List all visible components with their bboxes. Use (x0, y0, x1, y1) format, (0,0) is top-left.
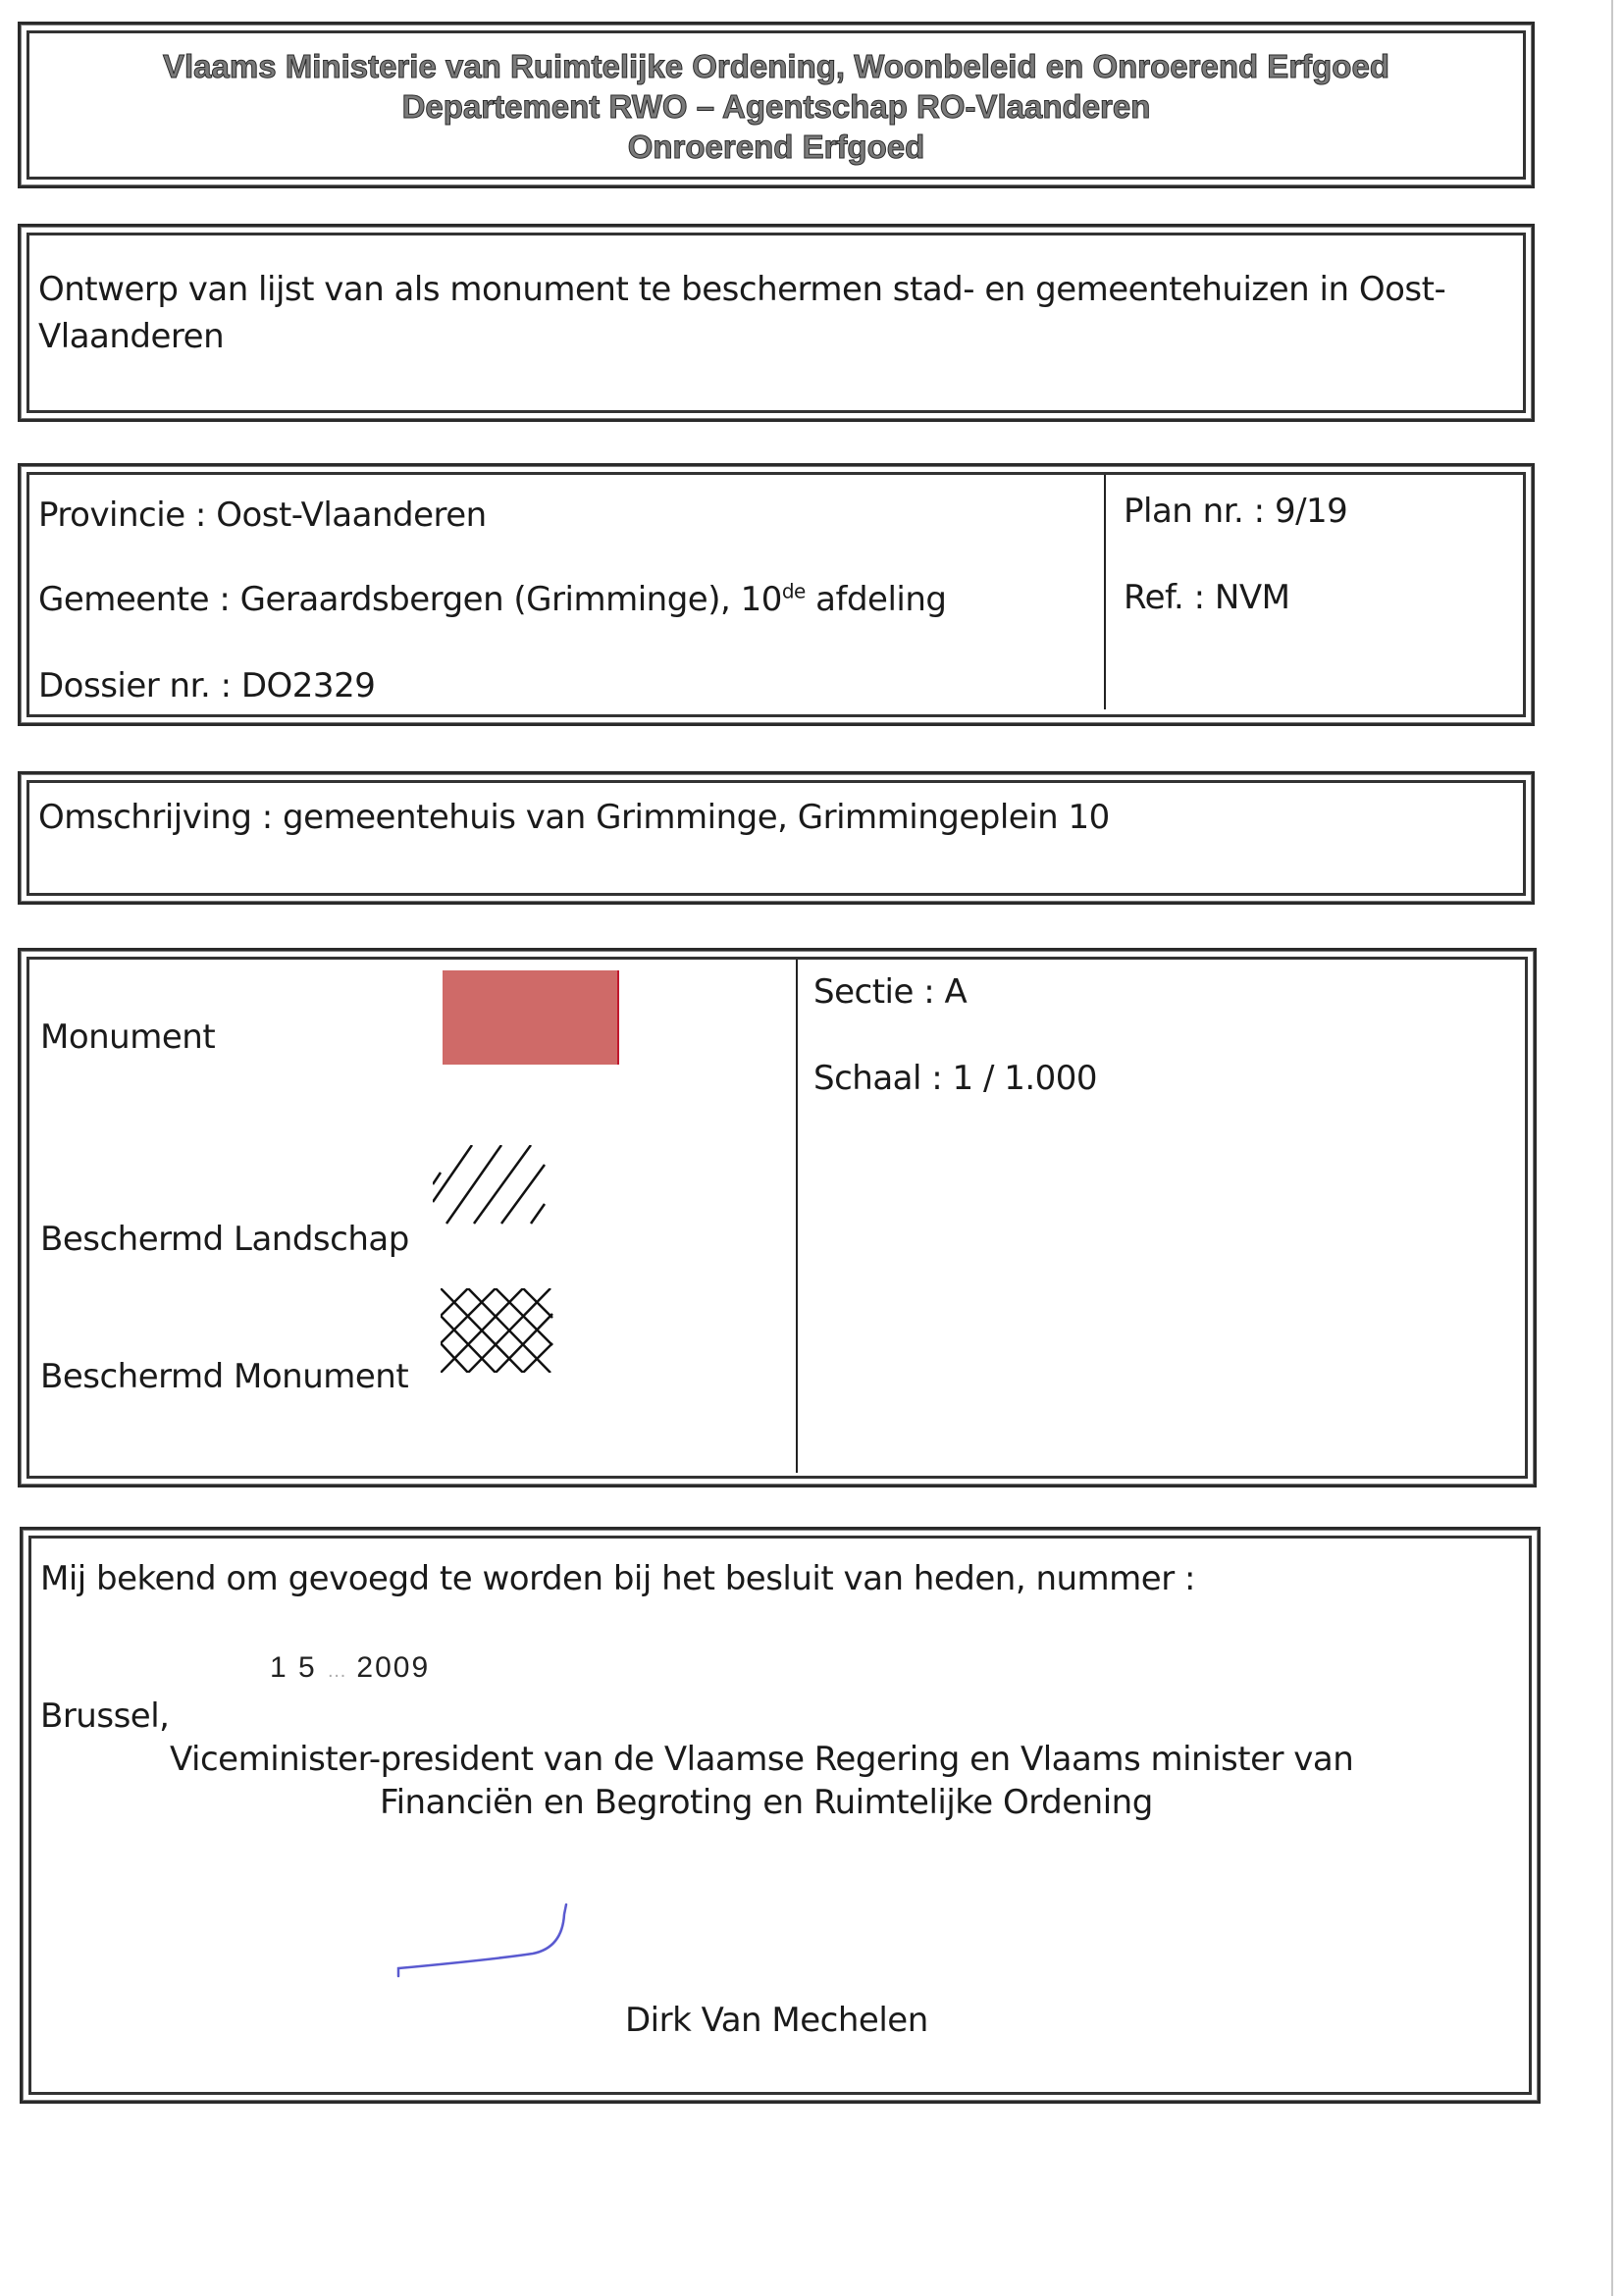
city: Brussel, (40, 1696, 169, 1736)
diagonal-hatch-icon (433, 1145, 550, 1239)
schaal-field: Schaal : 1 / 1.000 (813, 1059, 1097, 1098)
legend-divider (796, 959, 798, 1473)
signatory-name: Dirk Van Mechelen (625, 2001, 928, 2040)
title-box: Ontwerp van lijst van als monument te be… (18, 224, 1535, 422)
approval-statement: Mij bekend om gevoegd te worden bij het … (40, 1559, 1195, 1598)
document-title-line2: Vlaanderen (38, 317, 224, 356)
date-stamp: 1 5 … 2009 (270, 1651, 430, 1685)
sectie-field: Sectie : A (813, 972, 967, 1012)
schaal-label: Schaal : (813, 1059, 953, 1098)
provincie-value: Oost-Vlaanderen (216, 496, 487, 535)
plan-value: 9/19 (1275, 492, 1347, 531)
ref-label: Ref. : (1124, 578, 1215, 617)
legend-label-beschermd-landschap: Beschermd Landschap (40, 1220, 409, 1259)
legend-label-beschermd-monument: Beschermd Monument (40, 1357, 408, 1396)
document-title-line1: Ontwerp van lijst van als monument te be… (38, 270, 1445, 309)
scan-edge (1611, 0, 1613, 2296)
description-box: Omschrijving : gemeentehuis van Grimming… (18, 771, 1535, 905)
sectie-value: A (944, 972, 967, 1012)
minister-title-line1: Viceminister-president van de Vlaamse Re… (170, 1740, 1353, 1779)
details-box: Provincie : Oost-Vlaanderen Gemeente : G… (18, 463, 1535, 726)
minister-title-line2: Financiën en Begroting en Ruimtelijke Or… (380, 1783, 1153, 1822)
header-box: Vlaams Ministerie van Ruimtelijke Ordeni… (18, 22, 1535, 188)
provincie-label: Provincie : (38, 496, 216, 535)
description-field: Omschrijving : gemeentehuis van Grimming… (38, 798, 1110, 837)
dossier-value: DO2329 (241, 666, 375, 705)
agency-name: Onroerend Erfgoed (21, 129, 1532, 166)
gemeente-superscript: de (782, 580, 806, 603)
monument-swatch (443, 970, 619, 1065)
dossier-label: Dossier nr. : (38, 666, 241, 705)
approval-box: Mij bekend om gevoegd te worden bij het … (20, 1527, 1541, 2104)
plan-label: Plan nr. : (1124, 492, 1275, 531)
sectie-label: Sectie : (813, 972, 944, 1012)
signature (395, 1903, 572, 1981)
description-label: Omschrijving : (38, 798, 283, 837)
ministry-name: Vlaams Ministerie van Ruimtelijke Ordeni… (21, 48, 1532, 85)
stamp-month: … (327, 1660, 346, 1682)
provincie-field: Provincie : Oost-Vlaanderen (38, 496, 487, 535)
legend-label-monument: Monument (40, 1018, 215, 1057)
gemeente-label: Gemeente : (38, 580, 240, 619)
legend-box: Monument Beschermd Landschap Beschermd M… (18, 948, 1537, 1487)
details-divider (1104, 474, 1106, 709)
stamp-year: 2009 (356, 1651, 430, 1684)
cross-hatch-icon (441, 1288, 556, 1373)
gemeente-suffix: afdeling (806, 580, 947, 619)
dossier-field: Dossier nr. : DO2329 (38, 666, 375, 705)
ref-field: Ref. : NVM (1124, 578, 1289, 617)
ref-value: NVM (1215, 578, 1290, 617)
department-name: Departement RWO – Agentschap RO-Vlaander… (21, 88, 1532, 126)
gemeente-field: Gemeente : Geraardsbergen (Grimminge), 1… (38, 580, 946, 619)
plan-field: Plan nr. : 9/19 (1124, 492, 1347, 531)
gemeente-value: Geraardsbergen (Grimminge), 10 (240, 580, 782, 619)
stamp-day: 1 5 (270, 1651, 317, 1684)
description-value: gemeentehuis van Grimminge, Grimmingeple… (283, 798, 1110, 837)
schaal-value: 1 / 1.000 (953, 1059, 1098, 1098)
